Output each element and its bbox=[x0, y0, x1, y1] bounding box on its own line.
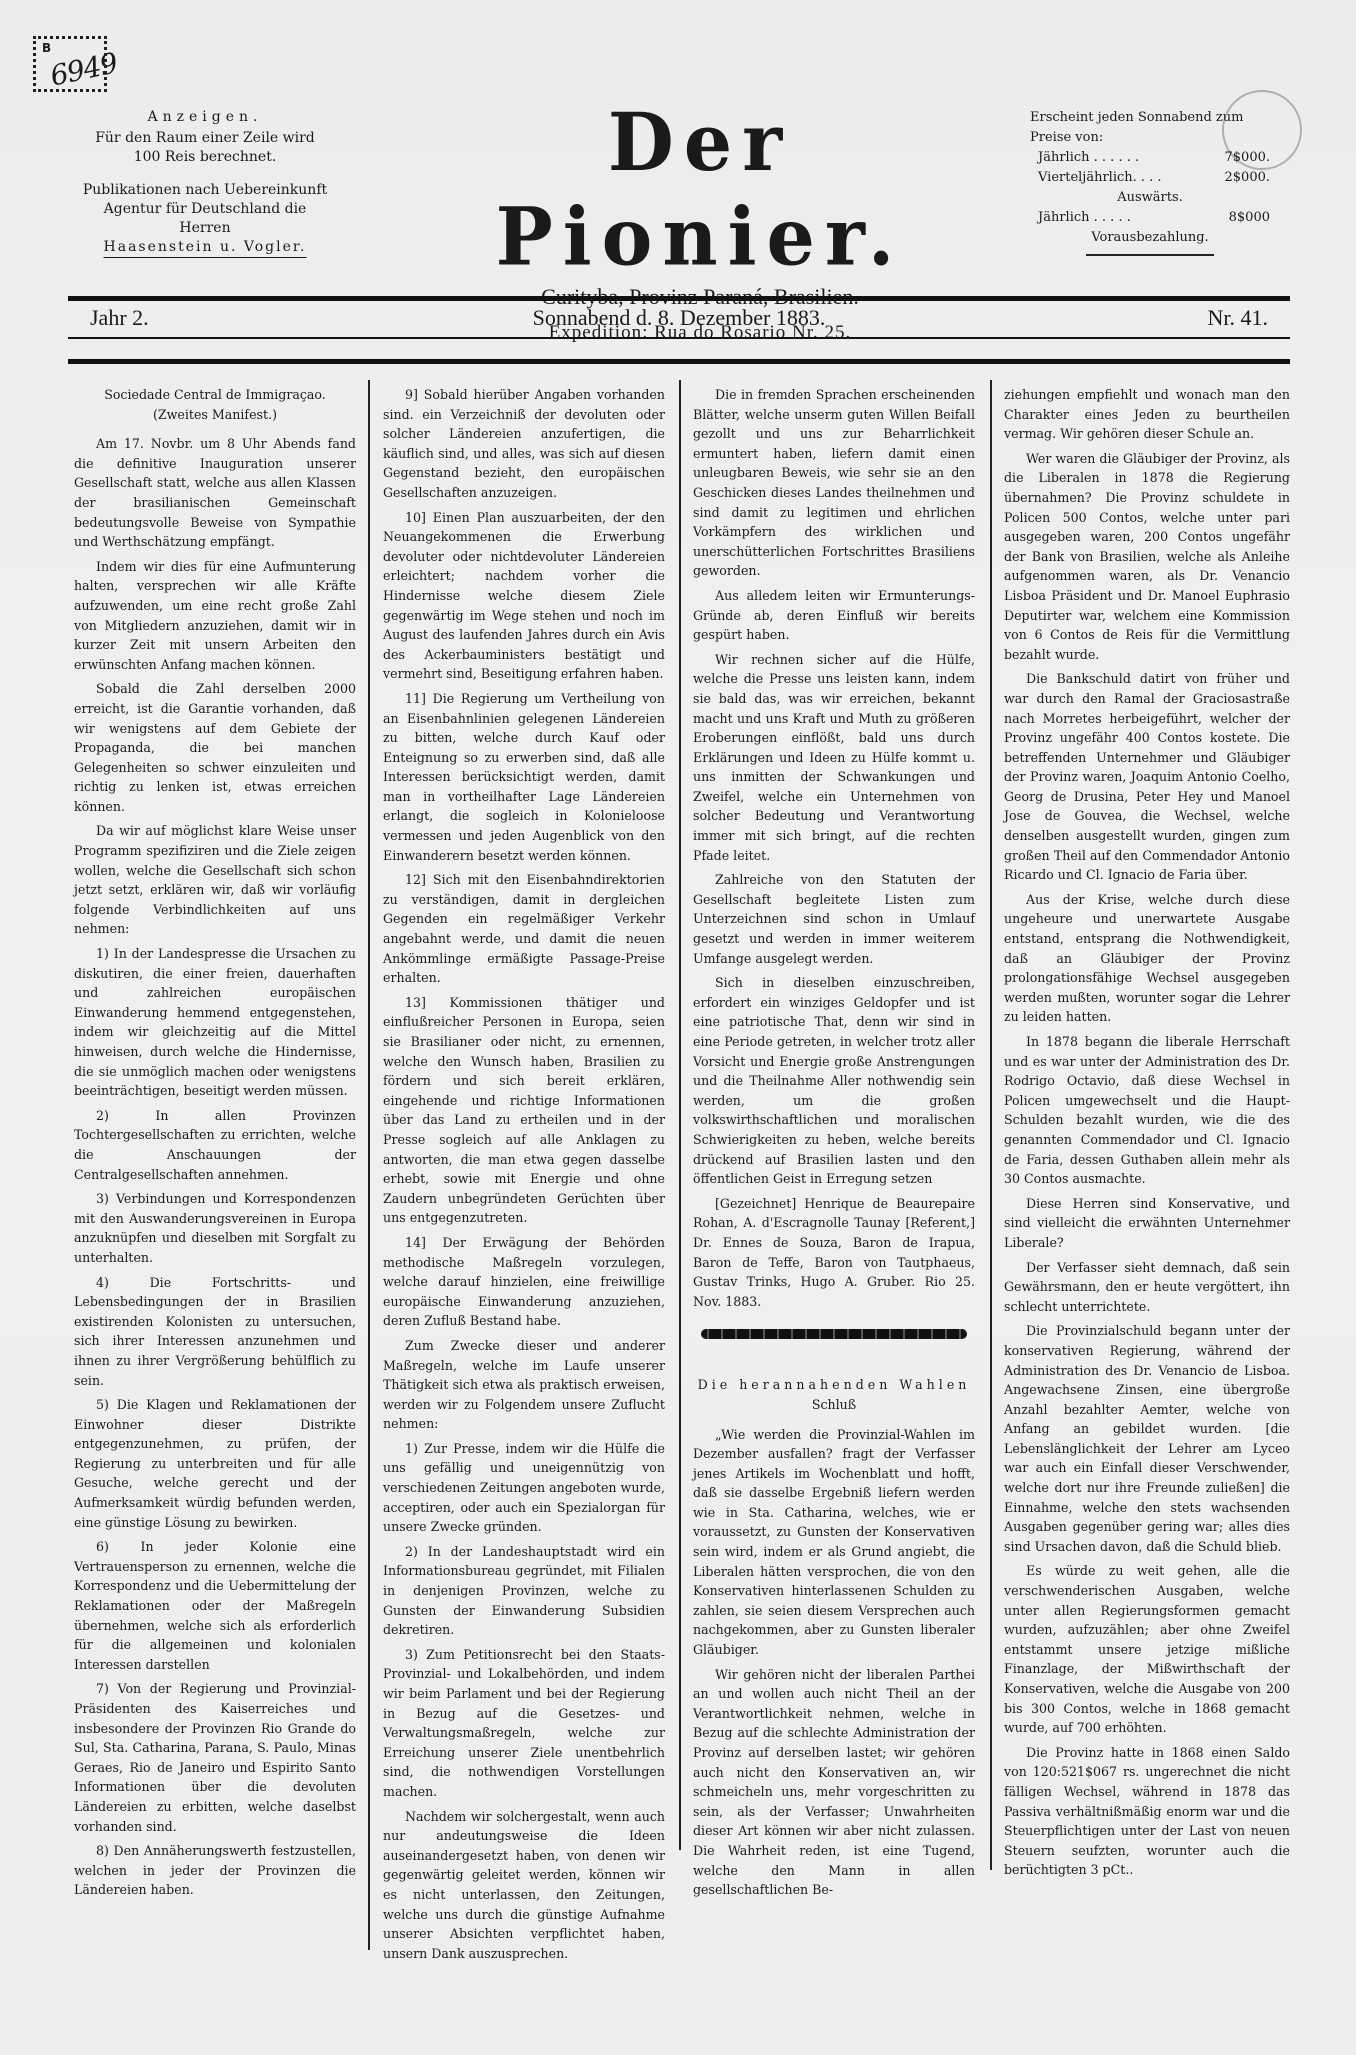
paragraph: Die in fremden Sprachen erscheinenden Bl… bbox=[693, 385, 975, 581]
paragraph: 8) Den Annäherungswerth festzustellen, w… bbox=[74, 1841, 356, 1900]
signatures: [Gezeichnet] Henrique de Beaurepaire Roh… bbox=[693, 1194, 975, 1312]
paragraph: Wir rechnen sicher auf die Hülfe, welche… bbox=[693, 650, 975, 866]
prepayment-note: Vorausbezahlung. bbox=[1030, 228, 1270, 248]
ads-line: 100 Reis berechnet. bbox=[80, 148, 330, 167]
column-rule bbox=[990, 380, 992, 1870]
article-heading: Sociedade Central de Immigraçao. (Zweite… bbox=[74, 385, 356, 424]
newspaper-page: B 6949 Anzeigen. Für den Raum einer Zeil… bbox=[0, 0, 1356, 2055]
ads-line: Für den Raum einer Zeile wird bbox=[80, 129, 330, 148]
paragraph: Aus der Krise, welche durch diese ungehe… bbox=[1004, 890, 1290, 1027]
paragraph: Indem wir dies für eine Aufmunterung hal… bbox=[74, 557, 356, 675]
subscription-info: Erscheint jeden Sonnabend zum Preise von… bbox=[1030, 108, 1270, 256]
paragraph: 10] Einen Plan auszuarbeiten, der den Ne… bbox=[383, 508, 665, 684]
column-1: Sociedade Central de Immigraçao. (Zweite… bbox=[74, 385, 356, 1905]
column-4: ziehungen empfiehlt und wonach man den C… bbox=[1004, 385, 1290, 1885]
stamp-number: 6949 bbox=[47, 46, 120, 92]
article-heading: Die herannahenden Wahlen Schluß bbox=[693, 1375, 975, 1414]
paragraph: 12] Sich mit den Eisenbahndirektorien zu… bbox=[383, 870, 665, 988]
divider bbox=[68, 296, 1290, 301]
paragraph: 11] Die Regierung um Vertheilung von an … bbox=[383, 689, 665, 865]
ads-line: Agentur für Deutschland die Herren bbox=[80, 200, 330, 238]
divider bbox=[1086, 254, 1214, 256]
subscription-intro: Erscheint jeden Sonnabend zum bbox=[1030, 108, 1270, 128]
paragraph: „Wie werden die Provinzial-Wahlen im Dez… bbox=[693, 1425, 975, 1660]
paragraph: 7) Von der Regierung und Provinzial-Präs… bbox=[74, 1679, 356, 1836]
column-rule bbox=[368, 380, 370, 1950]
paragraph: 6) In jeder Kolonie eine Vertrauensperso… bbox=[74, 1537, 356, 1674]
paragraph: Am 17. Novbr. um 8 Uhr Abends fand die d… bbox=[74, 434, 356, 552]
price-row: Jährlich . . . . . . 7$000. bbox=[1030, 148, 1270, 168]
paragraph: Aus alledem leiten wir Ermunterungs-Grün… bbox=[693, 586, 975, 645]
paragraph: 3) Verbindungen und Korrespondenzen mit … bbox=[74, 1189, 356, 1267]
paragraph: Es würde zu weit gehen, alle die verschw… bbox=[1004, 1561, 1290, 1737]
stamp-letter: B bbox=[42, 41, 51, 55]
paragraph: 5) Die Klagen und Reklamationen der Einw… bbox=[74, 1395, 356, 1532]
dateline: Jahr 2. Sonnabend d. 8. Dezember 1883. N… bbox=[68, 303, 1290, 335]
issue-number: Nr. 41. bbox=[1208, 305, 1269, 331]
column-3: Die in fremden Sprachen erscheinenden Bl… bbox=[693, 385, 975, 1905]
paragraph: Sobald die Zahl derselben 2000 erreicht,… bbox=[74, 679, 356, 816]
paragraph: Der Verfasser sieht demnach, daß sein Ge… bbox=[1004, 1258, 1290, 1317]
paragraph: Zum Zwecke dieser und anderer Maßregeln,… bbox=[383, 1336, 665, 1434]
paragraph: 14] Der Erwägung der Behörden methodisch… bbox=[383, 1233, 665, 1331]
paragraph: Da wir auf möglichst klare Weise unser P… bbox=[74, 821, 356, 939]
ads-title: Anzeigen. bbox=[80, 108, 330, 127]
paragraph: ziehungen empfiehlt und wonach man den C… bbox=[1004, 385, 1290, 444]
column-2: 9] Sobald hierüber Angaben vorhanden sin… bbox=[383, 385, 665, 1968]
divider bbox=[68, 337, 1290, 339]
ornamental-divider bbox=[701, 1329, 967, 1339]
divider bbox=[68, 359, 1290, 364]
price-row: Jährlich . . . . . 8$000 bbox=[1030, 208, 1270, 228]
paragraph: Zahlreiche von den Statuten der Gesellsc… bbox=[693, 870, 975, 968]
price-row: Vierteljährlich. . . . 2$000. bbox=[1030, 168, 1270, 188]
paragraph: 4) Die Fortschritts- und Lebensbedingung… bbox=[74, 1273, 356, 1391]
library-stamp: B 6949 bbox=[33, 36, 107, 92]
paragraph: Sich in dieselben einzuschreiben, erford… bbox=[693, 973, 975, 1189]
paragraph: 9] Sobald hierüber Angaben vorhanden sin… bbox=[383, 385, 665, 503]
paragraph: Die Provinzialschuld begann unter der ko… bbox=[1004, 1321, 1290, 1556]
paragraph: 2) In allen Provinzen Tochtergesellschaf… bbox=[74, 1106, 356, 1184]
paragraph: Wir gehören nicht der liberalen Parthei … bbox=[693, 1665, 975, 1900]
paragraph: 2) In der Landeshauptstadt wird ein Info… bbox=[383, 1542, 665, 1640]
paragraph: 3) Zum Petitionsrecht bei den Staats- Pr… bbox=[383, 1645, 665, 1802]
advertising-info: Anzeigen. Für den Raum einer Zeile wird … bbox=[80, 108, 330, 257]
paragraph: Nachdem wir solchergestalt, wenn auch nu… bbox=[383, 1807, 665, 1964]
newspaper-title: Der Pionier. bbox=[420, 96, 980, 285]
ads-agent: Haasenstein u. Vogler. bbox=[80, 238, 330, 257]
paragraph: Wer waren die Gläubiger der Provinz, als… bbox=[1004, 449, 1290, 665]
paragraph: 1) Zur Presse, indem wir die Hülfe die u… bbox=[383, 1439, 665, 1537]
paragraph: Diese Herren sind Konservative, und sind… bbox=[1004, 1194, 1290, 1253]
column-rule bbox=[679, 380, 681, 1850]
paragraph: In 1878 begann die liberale Herrschaft u… bbox=[1004, 1032, 1290, 1189]
paragraph: Die Provinz hatte in 1868 einen Saldo vo… bbox=[1004, 1743, 1290, 1880]
subscription-intro: Preise von: bbox=[1030, 128, 1270, 148]
paragraph: 13] Kommissionen thätiger und einflußrei… bbox=[383, 993, 665, 1228]
paragraph: 1) In der Landespresse die Ursachen zu d… bbox=[74, 944, 356, 1101]
abroad-label: Auswärts. bbox=[1030, 188, 1270, 208]
ads-line: Publikationen nach Uebereinkunft bbox=[80, 181, 330, 200]
paragraph: Die Bankschuld datirt von früher und war… bbox=[1004, 669, 1290, 885]
issue-date: Sonnabend d. 8. Dezember 1883. bbox=[68, 305, 1290, 331]
